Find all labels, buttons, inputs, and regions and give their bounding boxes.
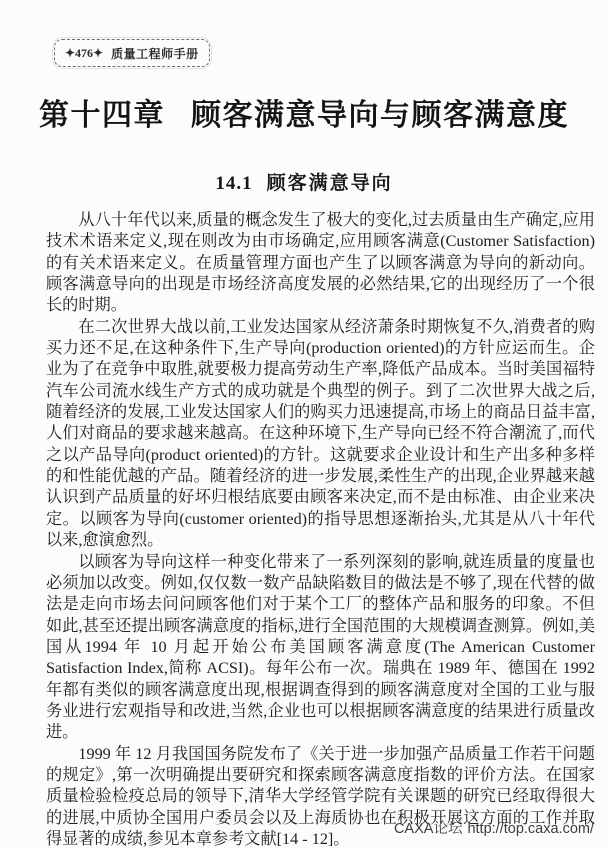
chapter-title: 第十四章顾客满意导向与顾客满意度 [0, 90, 608, 134]
section-number: 14.1 [215, 173, 252, 194]
footer-watermark: CAXA论坛http://top.caxa.com/ [394, 817, 594, 838]
body-paragraph: 以顾客为导向这样一种变化带来了一系列深刻的影响,就连质量的度量也必须加以改变。例… [46, 552, 595, 744]
chapter-number-label: 第十四章 [39, 99, 165, 132]
watermark-url: http://top.caxa.com/ [467, 821, 594, 837]
chapter-name: 顾客满意导向与顾客满意度 [191, 99, 569, 132]
body-text: 从八十年代以来,质量的概念发生了极大的变化,过去质量由生产确定,应用技术术语来定… [46, 210, 595, 848]
section-title: 顾客满意导向 [267, 173, 393, 194]
watermark-site-name: CAXA论坛 [394, 821, 463, 837]
page-header-badge: ✦476✦ 质量工程师手册 [54, 39, 210, 67]
section-heading: 14.1顾客满意导向 [0, 168, 608, 195]
page-number: ✦476✦ [65, 46, 103, 61]
body-paragraph: 在二次世界大战以前,工业发达国家从经济萧条时期恢复不久,消费者的购买力还不足,在… [46, 317, 595, 552]
book-page: ✦476✦ 质量工程师手册 第十四章顾客满意导向与顾客满意度 14.1顾客满意导… [0, 0, 608, 848]
body-paragraph: 从八十年代以来,质量的概念发生了极大的变化,过去质量由生产确定,应用技术术语来定… [46, 210, 595, 317]
book-title: 质量工程师手册 [111, 45, 199, 62]
